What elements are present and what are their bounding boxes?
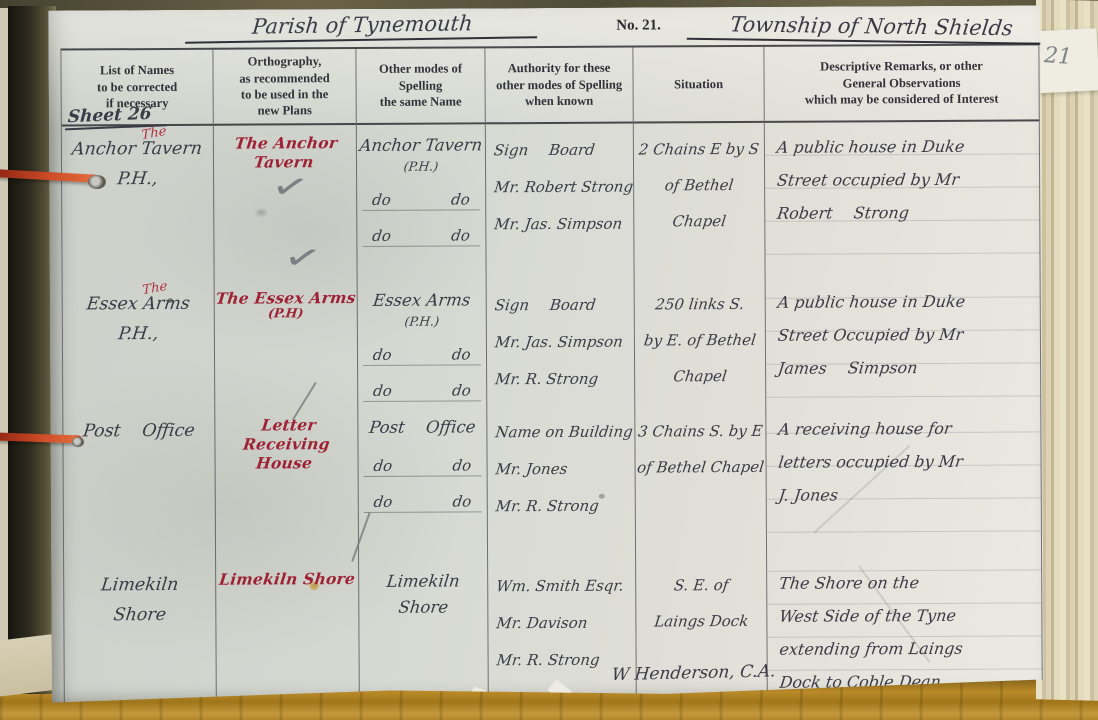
authority-line: Mr. R. Strong [494,488,637,526]
situation-line: by E. of Bethel [633,322,767,359]
entry-name: TheEssex Arms [85,289,192,320]
name-book-table: List of Names to be corrected if necessa… [60,43,1042,704]
situation-line: of Bethel [632,167,766,204]
ditto-mark: do [450,226,471,244]
other-spelling-ph: (P.H.) [357,313,487,330]
parish-title: Parish of Tynemouth [185,10,539,44]
column-header-authority: Authority for these other modes of Spell… [485,48,633,125]
authority-line: Mr. Robert Strong [492,169,635,207]
column-header-other-modes: Other modes of Spelling the same Name [356,48,485,125]
table-row-cell-orthography: ✓ The Essex Arms (P.H) [215,268,359,404]
table-row-cell-authority: Name on Building Mr. Jones Mr. R. Strong [487,402,636,541]
table-row-cell-other-modes: Limekiln Shore [359,540,489,703]
table-row-cell-situation: 250 links S. by E. of Bethel Chapel [635,266,767,402]
remarks-line: West Side of the Tyne [777,598,1043,632]
document-header: Parish of Tynemouth No. 21. Township of … [48,5,1040,48]
remarks-line: A public house in Duke [776,284,1042,318]
entry-name-text: Essex Arms [85,294,190,315]
entry-name-text: Anchor Tavern [71,139,203,160]
examiner-signature: W Henderson, C.A. [611,661,777,685]
remarks-line: A public house in Duke [775,129,1041,163]
entry-name: Limekiln [62,570,217,601]
table-row-cell-remarks: The Shore on the West Side of the Tyne e… [767,537,1043,700]
remarks-line: Street occupied by Mr [775,162,1041,196]
remarks-line: Street Occupied by Mr [776,317,1042,351]
other-spelling: Essex Arms [356,287,487,314]
column-header-orthography: Orthography, as recommended to be used i… [213,49,356,126]
authority-line: Mr. Jones [493,451,636,489]
column-header-label: Situation [674,76,723,93]
table-row-cell-other-modes: Essex Arms (P.H.) dodo dodo [358,267,488,403]
binding-eyelet-top [88,175,106,189]
situation-line: Chapel [633,358,767,395]
table-row-cell-orthography: Limekiln Shore [216,541,360,704]
remarks-line: James Simpson [776,350,1042,384]
ditto-mark: do [373,493,394,511]
ditto-mark: do [451,381,472,399]
sheet-number-label: No. 21. [616,17,661,34]
ditto-line: dodo [363,226,480,247]
photograph-of-register-page: Parish of Tynemouth No. 21. Township of … [0,0,1098,720]
table-row-cell-authority: Sign Board Mr. Jas. Simpson Mr. R. Stron… [487,267,636,403]
column-header-label: Other modes of Spelling the same Name [379,61,462,111]
other-spelling: Shore [358,594,489,621]
pencil-checkmark: ✓ [269,164,314,210]
situation-line: Laings Dock [634,603,768,640]
table-row-cell-remarks: A receiving house for letters occupied b… [766,399,1042,538]
ditto-line: dodo [363,190,480,211]
authority-line: Mr. Davison [494,605,637,643]
authority-line: Sign Board [493,287,636,325]
column-header-situation: Situation [633,47,764,124]
register-page: Parish of Tynemouth No. 21. Township of … [48,5,1044,702]
other-spelling-ph: (P.H.) [356,158,486,175]
table-row-cell-other-modes: Post Office dodo dodo [358,402,488,541]
table-row-cell-other-modes: Anchor Tavern (P.H.) dodo dodo [357,124,487,268]
ditto-mark: do [452,492,473,510]
ditto-mark: do [451,345,472,363]
ditto-mark: do [452,456,473,474]
situation-line: of Bethel Chapel [633,449,767,486]
ditto-mark: do [371,191,392,209]
remarks-line: extending from Laings [778,631,1044,665]
situation-line: S. E. of [634,567,768,604]
entry-name: Post Office [62,416,217,447]
approved-name-suffix: (P.H) [214,305,358,321]
township-title: Township of North Shields [687,12,1056,45]
ditto-line: dodo [363,345,480,366]
table-row-cell-name: TheAnchor Tavern P.H., [62,126,215,270]
situation-line: 3 Chains S. by E [633,413,767,450]
red-insertion-note: The [141,272,168,306]
ditto-mark: do [450,190,471,208]
situation-line: 250 links S. [633,286,767,323]
situation-line: 2 Chains E by S [632,131,766,168]
remarks-line: A receiving house for [776,411,1042,445]
table-row-cell-remarks: A public house in Duke Street Occupied b… [766,264,1042,400]
authority-line: Name on Building [493,414,636,452]
table-row-cell-name: Post Office [63,404,216,543]
table-row-cell-situation: 2 Chains E by S of Bethel Chapel [634,123,766,267]
remarks-line: Robert Strong [775,195,1041,229]
other-spelling: Anchor Tavern [355,132,486,159]
table-row-cell-authority: Sign Board Mr. Robert Strong Mr. Jas. Si… [486,124,635,268]
situation-line: Chapel [632,203,766,240]
entry-name: TheAnchor Tavern [71,134,205,165]
authority-line: Sign Board [492,132,635,170]
ditto-mark: do [372,346,393,364]
authority-line: Mr. Jas. Simpson [493,324,636,362]
red-insertion-note: The [141,117,168,151]
approved-name: Limekiln Shore [215,569,359,589]
table-row-cell-situation: 3 Chains S. by E of Bethel Chapel [635,401,767,540]
ditto-mark: do [373,457,394,475]
other-spelling: Limekiln [358,568,489,595]
column-header-label: Orthography, as recommended to be used i… [239,53,330,119]
column-header-label: Authority for these other modes of Spell… [496,60,622,110]
remarks-line: The Shore on the [777,565,1043,599]
ditto-line: dodo [364,456,481,477]
ditto-line: dodo [364,381,481,402]
table-row-cell-name: Limekiln Shore [64,542,217,705]
ditto-mark: do [372,382,393,400]
authority-line: Mr. R. Strong [493,361,636,399]
remarks-line: letters occupied by Mr [777,444,1043,478]
table-row-cell-name: TheEssex Arms P.H., [63,269,216,405]
column-header-names: List of Names to be corrected if necessa… [61,50,213,127]
other-spelling: Post Office [357,414,488,441]
entry-name-suffix: P.H., [61,319,216,350]
pencil-checkmark: ✓ [280,235,325,281]
authority-line: Mr. Jas. Simpson [492,206,635,244]
approved-name: Letter Receiving House [212,415,361,473]
binding-eyelet-bottom [72,437,84,447]
entry-name: Shore [63,600,218,631]
remarks-line: J. Jones [777,477,1043,511]
table-row-cell-orthography: Letter Receiving House [215,403,359,542]
page-stack-right-edge [1036,0,1098,701]
ditto-mark: do [372,227,393,245]
table-row-cell-remarks: A public house in Duke Street occupied b… [765,121,1041,265]
ditto-line: dodo [364,492,481,513]
page-number: 21 [1043,43,1073,70]
column-header-remarks: Descriptive Remarks, or other General Ob… [764,45,1039,122]
authority-line: Wm. Smith Esqr. [494,568,637,606]
column-header-label: Descriptive Remarks, or other General Ob… [805,58,999,108]
